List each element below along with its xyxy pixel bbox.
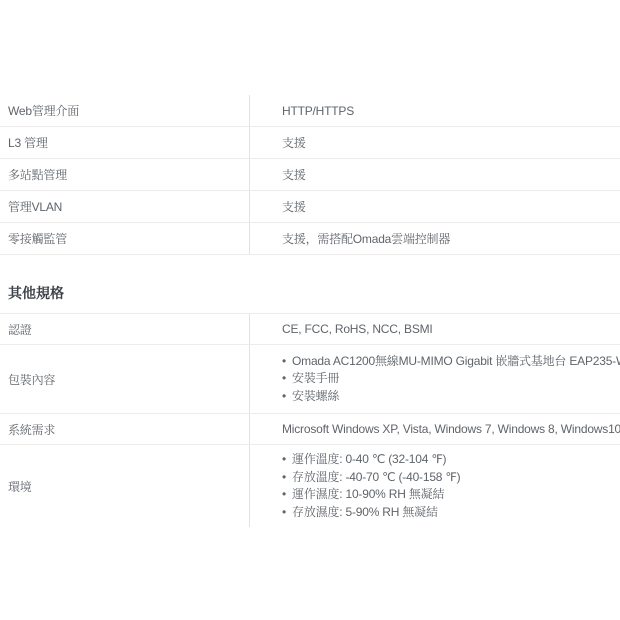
spec-label-cell: Web管理介面 [0, 95, 250, 126]
spec-value-cell: 支援 [250, 127, 620, 158]
environment-item: 存放濕度: 5-90% RH 無凝結 [282, 504, 438, 522]
spec-value: Microsoft Windows XP, Vista, Windows 7, … [282, 422, 620, 436]
row-package-contents: 包裝內容 Omada AC1200無線MU-MIMO Gigabit 嵌牆式基地… [0, 345, 620, 414]
package-item: 安裝手冊 [282, 370, 339, 388]
spec-value-cell: 運作溫度: 0-40 ℃ (32-104 ℉) 存放溫度: -40-70 ℃ (… [250, 445, 620, 527]
spec-label-cell: 多站點管理 [0, 159, 250, 190]
spec-value-cell: 支援，需搭配Omada雲端控制器 [250, 223, 620, 254]
row-web-management-interface: Web管理介面 HTTP/HTTPS [0, 95, 620, 127]
spec-label: Web管理介面 [8, 102, 79, 119]
environment-item: 運作溫度: 0-40 ℃ (32-104 ℉) [282, 451, 446, 469]
spec-label-cell: 環境 [0, 445, 250, 527]
section-title-other-specs: 其他規格 [8, 283, 64, 303]
package-item: Omada AC1200無線MU-MIMO Gigabit 嵌牆式基地台 EAP… [282, 353, 620, 371]
spec-label-cell: L3 管理 [0, 127, 250, 158]
spec-value-cell: HTTP/HTTPS [250, 95, 620, 126]
spec-label-cell: 零接觸監管 [0, 223, 250, 254]
spec-value: 支援 [282, 198, 306, 215]
spec-label: 多站點管理 [8, 166, 67, 183]
spec-label: 認證 [8, 321, 32, 338]
spec-value-cell: 支援 [250, 191, 620, 222]
spec-value: HTTP/HTTPS [282, 104, 354, 118]
spec-value-cell: Microsoft Windows XP, Vista, Windows 7, … [250, 414, 620, 444]
spec-value-cell: CE, FCC, RoHS, NCC, BSMI [250, 314, 620, 344]
spec-value-cell: 支援 [250, 159, 620, 190]
spec-label: 系統需求 [8, 421, 55, 438]
spec-value: 支援 [282, 166, 306, 183]
spec-label: 環境 [8, 478, 32, 495]
other-specs-table: 認證 CE, FCC, RoHS, NCC, BSMI 包裝內容 Omada A… [0, 313, 620, 527]
spec-label: L3 管理 [8, 134, 48, 151]
row-multi-site-management: 多站點管理 支援 [0, 159, 620, 191]
spec-value: CE, FCC, RoHS, NCC, BSMI [282, 322, 433, 336]
environment-item: 運作濕度: 10-90% RH 無凝結 [282, 486, 444, 504]
spec-label: 包裝內容 [8, 371, 55, 388]
environment-item: 存放溫度: -40-70 ℃ (-40-158 ℉) [282, 469, 460, 487]
spec-value: 支援 [282, 134, 306, 151]
row-l3-management: L3 管理 支援 [0, 127, 620, 159]
spec-label-cell: 系統需求 [0, 414, 250, 444]
spec-label-cell: 包裝內容 [0, 345, 250, 413]
spec-value: 支援，需搭配Omada雲端控制器 [282, 230, 450, 247]
row-zero-touch-provisioning: 零接觸監管 支援，需搭配Omada雲端控制器 [0, 223, 620, 255]
spec-label: 管理VLAN [8, 198, 62, 215]
row-management-vlan: 管理VLAN 支援 [0, 191, 620, 223]
row-certification: 認證 CE, FCC, RoHS, NCC, BSMI [0, 314, 620, 345]
row-system-requirements: 系統需求 Microsoft Windows XP, Vista, Window… [0, 414, 620, 445]
package-item: 安裝螺絲 [282, 388, 339, 406]
spec-label: 零接觸監管 [8, 230, 67, 247]
row-environment: 環境 運作溫度: 0-40 ℃ (32-104 ℉) 存放溫度: -40-70 … [0, 445, 620, 527]
management-spec-table: Web管理介面 HTTP/HTTPS L3 管理 支援 多站點管理 支援 管 [0, 95, 620, 255]
spec-label-cell: 管理VLAN [0, 191, 250, 222]
spec-label-cell: 認證 [0, 314, 250, 344]
product-spec-page: Web管理介面 HTTP/HTTPS L3 管理 支援 多站點管理 支援 管 [0, 0, 620, 620]
spec-value-cell: Omada AC1200無線MU-MIMO Gigabit 嵌牆式基地台 EAP… [250, 345, 620, 413]
